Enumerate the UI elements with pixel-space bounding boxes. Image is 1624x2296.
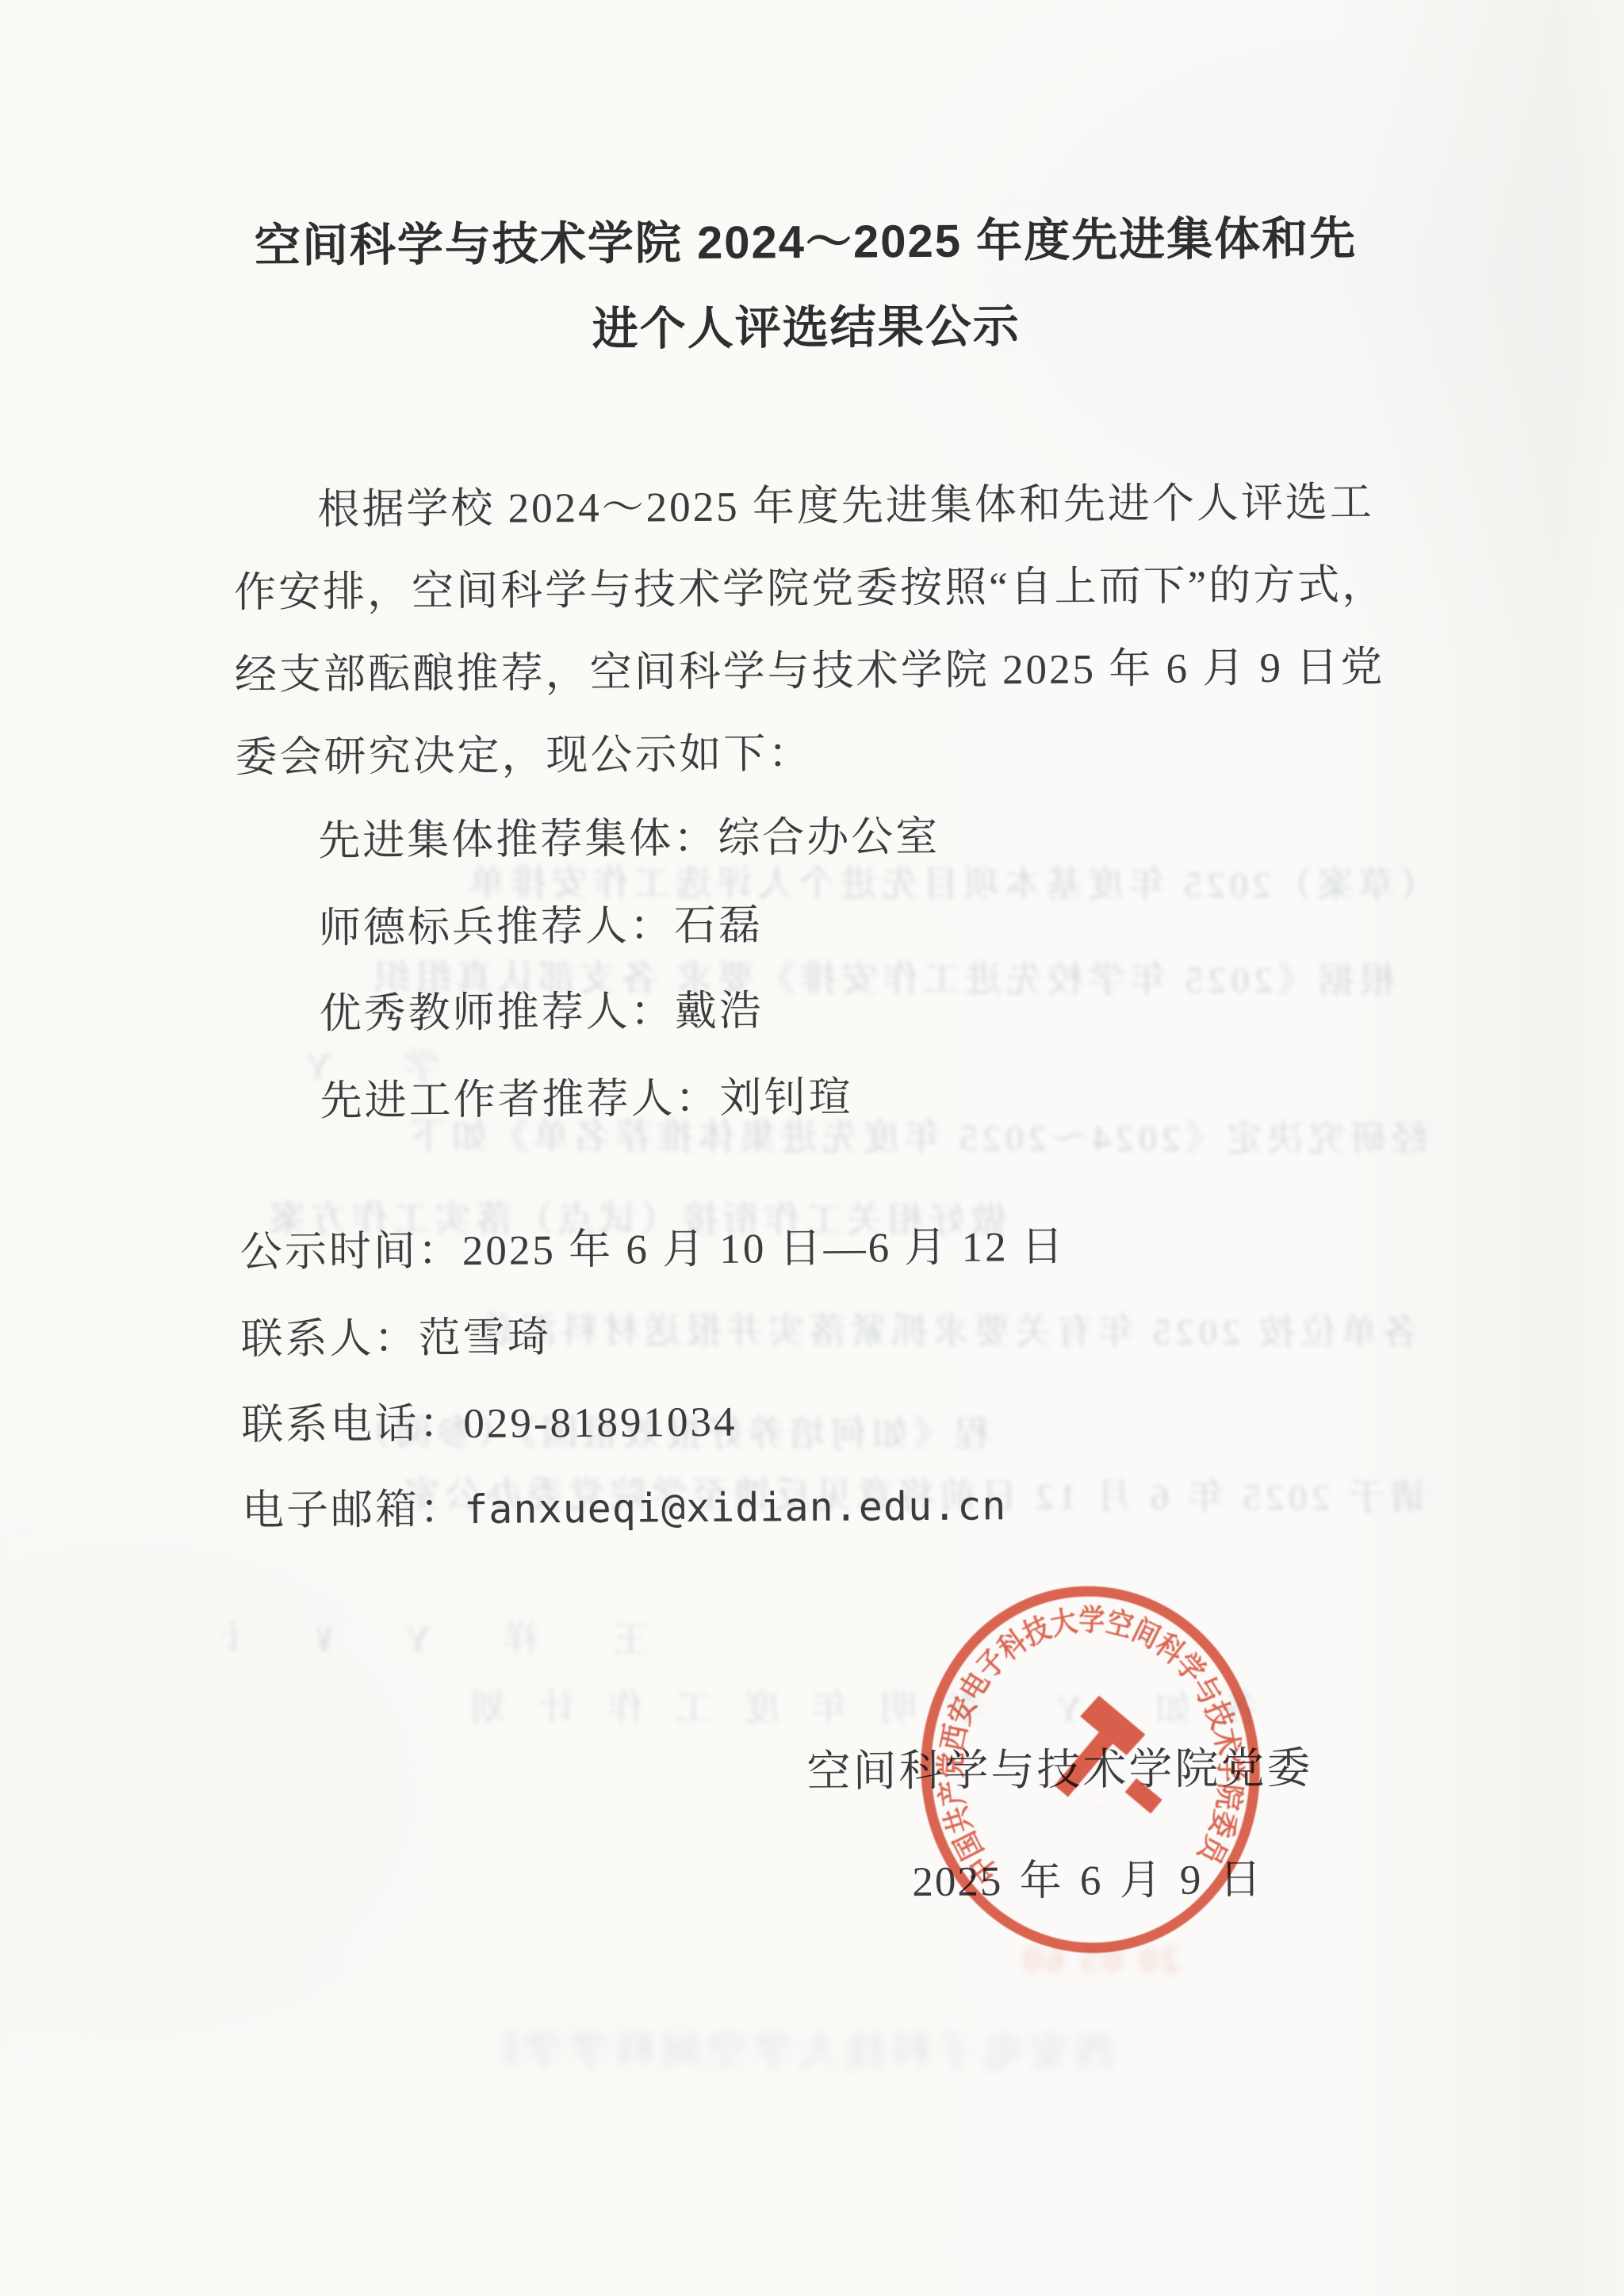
document-date: 2025 年 6 月 9 日 [901,1846,1274,1908]
recommendation-label: 先进集体推荐集体： [318,816,718,865]
notice-period-label: 公示时间： [240,1228,462,1276]
recommendation-value: 刘钊瑄 [719,1075,852,1122]
contact-person-value: 范雪琦 [418,1314,551,1361]
title-line-1: 空间科学与技术学院 2024～2025 年度先进集体和先 [0,194,1618,291]
recommendation-value: 戴浩 [675,988,764,1035]
notice-period-value: 2025 年 6 月 10 日—6 月 12 日 [462,1224,1066,1274]
paragraph-line-2: 作安排，空间科学与技术学院党委按照“自上而下”的方式， [234,557,1387,621]
contact-person-label: 联系人： [240,1315,418,1363]
recommendation-label: 先进工作者推荐人： [320,1076,719,1125]
document-content: 空间科学与技术学院 2024～2025 年度先进集体和先 进个人评选结果公示 根… [0,0,1624,2296]
paragraph-line-4: 委会研究决定，现公示如下： [235,726,812,786]
contact-email-value: fanxueqi@xidian.edu.cn [464,1483,1007,1533]
recommendation-label: 师德标兵推荐人： [319,903,674,951]
recommendation-value: 综合办公室 [718,814,940,862]
recommendation-shide-model: 师德标兵推荐人：石磊 [319,897,763,956]
scanned-document-page: （草案）2025 年度基本项目先进个人评选工作安排单根据《2025 年学校先进工… [0,0,1624,2296]
contact-phone-line: 联系电话：029-81891034 [241,1395,737,1453]
contact-phone-label: 联系电话： [241,1401,463,1448]
contact-phone-value: 029-81891034 [463,1399,737,1447]
issuer-signature: 空间科学与技术学院党委 [806,1733,1313,1799]
notice-period-line: 公示时间：2025 年 6 月 10 日—6 月 12 日 [240,1219,1066,1280]
paragraph-line-1: 根据学校 2024～2025 年度先进集体和先进个人评选工 [233,475,1374,538]
contact-person-line: 联系人：范雪琦 [240,1310,551,1368]
recommendation-advanced-worker: 先进工作者推荐人：刘钊瑄 [320,1070,852,1130]
recommendation-excellent-teacher: 优秀教师推荐人：戴浩 [320,983,764,1042]
contact-email-label: 电子邮箱： [242,1487,464,1534]
recommendation-collective: 先进集体推荐集体：综合办公室 [318,809,940,869]
recommendation-label: 优秀教师推荐人： [320,989,675,1037]
title-line-2: 进个人评选结果公示 [0,280,1618,377]
document-title: 空间科学与技术学院 2024～2025 年度先进集体和先 进个人评选结果公示 [0,194,1618,377]
paragraph-line-3: 经支部酝酿推荐，空间科学与技术学院 2025 年 6 月 9 日党 [235,640,1385,703]
recommendation-value: 石磊 [674,902,763,949]
contact-email-line: 电子邮箱：fanxueqi@xidian.edu.cn [242,1478,1007,1539]
